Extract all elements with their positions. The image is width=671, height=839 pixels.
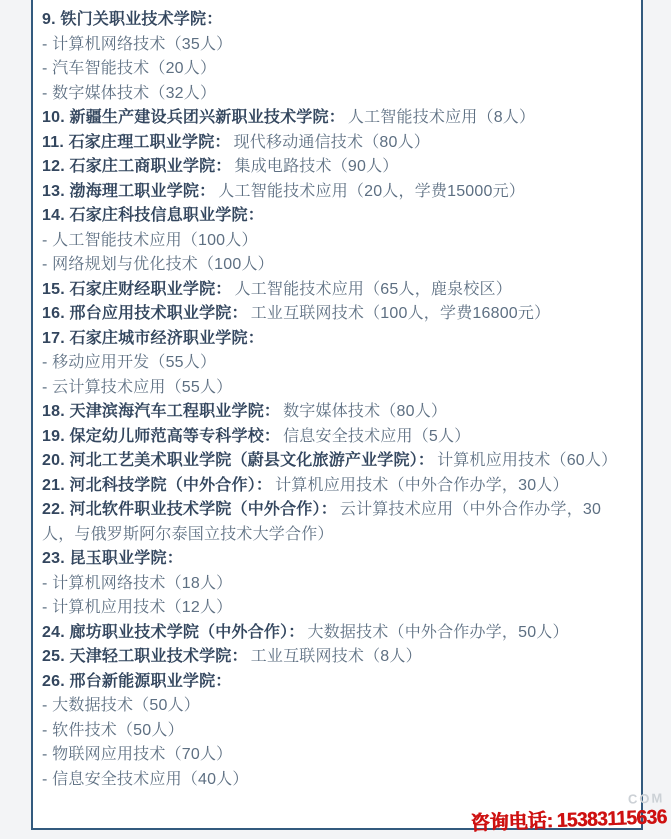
program-info: 计算机应用技术（60人） xyxy=(437,452,617,469)
college-name: 13. 渤海理工职业学院： xyxy=(42,183,215,200)
college-line: 20. 河北工艺美术职业学院（蔚县文化旅游产业学院）：计算机应用技术（60人） xyxy=(42,449,627,474)
program-line: - 移动应用开发（55人） xyxy=(42,351,627,376)
college-line: 18. 天津滨海汽车工程职业学院：数字媒体技术（80人） xyxy=(42,400,627,425)
program-info: 信息安全技术应用（5人） xyxy=(283,428,470,445)
phone-watermark-number: 15383115636 xyxy=(556,806,667,832)
program-info: - 信息安全技术应用（40人） xyxy=(42,771,249,788)
program-info: - 网络规划与优化技术（100人） xyxy=(42,256,274,273)
college-name: 14. 石家庄科技信息职业学院： xyxy=(42,207,264,224)
program-info: - 计算机网络技术（35人） xyxy=(42,36,232,53)
program-line: - 云计算技术应用（55人） xyxy=(42,376,627,401)
college-line: 16. 邢台应用技术职业学院：工业互联网技术（100人，学费16800元） xyxy=(42,302,627,327)
program-info: 计算机应用技术（中外合作办学，30人） xyxy=(275,477,569,494)
college-line: 10. 新疆生产建设兵团兴新职业技术学院：人工智能技术应用（8人） xyxy=(42,106,627,131)
program-info: - 数字媒体技术（32人） xyxy=(42,85,216,102)
college-name: 19. 保定幼儿师范高等专科学校： xyxy=(42,428,280,445)
program-line: - 网络规划与优化技术（100人） xyxy=(42,253,627,278)
program-line: - 人工智能技术应用（100人） xyxy=(42,229,627,254)
college-line: 21. 河北科技学院（中外合作）：计算机应用技术（中外合作办学，30人） xyxy=(42,474,627,499)
program-line: - 物联网应用技术（70人） xyxy=(42,743,627,768)
college-name: 20. 河北工艺美术职业学院（蔚县文化旅游产业学院）： xyxy=(42,452,434,469)
college-line: 17. 石家庄城市经济职业学院： xyxy=(42,327,627,352)
program-info: 人工智能技术应用（20人，学费15000元） xyxy=(218,183,525,200)
college-name: 21. 河北科技学院（中外合作）： xyxy=(42,477,272,494)
phone-watermark: 咨询电话:15383115636 xyxy=(470,800,667,836)
program-info: 工业互联网技术（100人，学费16800元） xyxy=(251,305,551,322)
college-line: 9. 铁门关职业技术学院： xyxy=(42,8,627,33)
program-line: - 计算机应用技术（12人） xyxy=(42,596,627,621)
college-name: 17. 石家庄城市经济职业学院： xyxy=(42,330,264,347)
college-name: 23. 昆玉职业学院： xyxy=(42,550,183,567)
college-name: 16. 邢台应用技术职业学院： xyxy=(42,305,248,322)
college-list: 9. 铁门关职业技术学院：- 计算机网络技术（35人）- 汽车智能技术（20人）… xyxy=(33,0,641,792)
page-background: 9. 铁门关职业技术学院：- 计算机网络技术（35人）- 汽车智能技术（20人）… xyxy=(0,0,671,839)
program-line: - 大数据技术（50人） xyxy=(42,694,627,719)
college-name: 22. 河北软件职业技术学院（中外合作）： xyxy=(42,501,337,518)
program-info: - 软件技术（50人） xyxy=(42,722,184,739)
program-info: 数字媒体技术（80人） xyxy=(283,403,447,420)
phone-watermark-label: 咨询电话: xyxy=(470,810,553,835)
program-info: 集成电路技术（90人） xyxy=(235,158,399,175)
college-line: 19. 保定幼儿师范高等专科学校：信息安全技术应用（5人） xyxy=(42,425,627,450)
program-info: 现代移动通信技术（80人） xyxy=(234,134,430,151)
content-card: 9. 铁门关职业技术学院：- 计算机网络技术（35人）- 汽车智能技术（20人）… xyxy=(31,0,643,830)
program-info: 工业互联网技术（8人） xyxy=(251,648,422,665)
program-line: - 汽车智能技术（20人） xyxy=(42,57,627,82)
college-name: 24. 廊坊职业技术学院（中外合作）： xyxy=(42,624,305,641)
college-line: 24. 廊坊职业技术学院（中外合作）：大数据技术（中外合作办学，50人） xyxy=(42,621,627,646)
program-info: - 移动应用开发（55人） xyxy=(42,354,216,371)
program-info: - 人工智能技术应用（100人） xyxy=(42,232,258,249)
program-info-continued: 人，与俄罗斯阿尔泰国立技术大学合作） xyxy=(42,526,334,543)
college-line: 26. 邢台新能源职业学院： xyxy=(42,670,627,695)
program-line: - 软件技术（50人） xyxy=(42,719,627,744)
college-line: 12. 石家庄工商职业学院：集成电路技术（90人） xyxy=(42,155,627,180)
college-line: 25. 天津轻工职业技术学院：工业互联网技术（8人） xyxy=(42,645,627,670)
program-line: - 计算机网络技术（18人） xyxy=(42,572,627,597)
program-info: - 计算机应用技术（12人） xyxy=(42,599,232,616)
program-info: 人工智能技术应用（8人） xyxy=(348,109,535,126)
college-line: 22. 河北软件职业技术学院（中外合作）：云计算技术应用（中外合作办学，30人，… xyxy=(42,498,627,547)
program-info: 云计算技术应用（中外合作办学，30 xyxy=(340,501,601,518)
program-info: - 云计算技术应用（55人） xyxy=(42,379,232,396)
college-line: 14. 石家庄科技信息职业学院： xyxy=(42,204,627,229)
program-info: 人工智能技术应用（65人，鹿泉校区） xyxy=(235,281,512,298)
program-info: - 计算机网络技术（18人） xyxy=(42,575,232,592)
program-line: - 信息安全技术应用（40人） xyxy=(42,768,627,793)
college-name: 26. 邢台新能源职业学院： xyxy=(42,673,232,690)
program-info: 大数据技术（中外合作办学，50人） xyxy=(308,624,569,641)
program-line: - 计算机网络技术（35人） xyxy=(42,33,627,58)
college-name: 11. 石家庄理工职业学院： xyxy=(42,134,231,151)
college-line: 11. 石家庄理工职业学院：现代移动通信技术（80人） xyxy=(42,131,627,156)
college-name: 12. 石家庄工商职业学院： xyxy=(42,158,232,175)
college-name: 10. 新疆生产建设兵团兴新职业技术学院： xyxy=(42,109,345,126)
college-name: 9. 铁门关职业技术学院： xyxy=(42,11,222,28)
college-line: 15. 石家庄财经职业学院：人工智能技术应用（65人，鹿泉校区） xyxy=(42,278,627,303)
college-name: 25. 天津轻工职业技术学院： xyxy=(42,648,248,665)
program-info: - 汽车智能技术（20人） xyxy=(42,60,216,77)
college-line: 23. 昆玉职业学院： xyxy=(42,547,627,572)
college-name: 18. 天津滨海汽车工程职业学院： xyxy=(42,403,280,420)
college-line: 13. 渤海理工职业学院：人工智能技术应用（20人，学费15000元） xyxy=(42,180,627,205)
college-name: 15. 石家庄财经职业学院： xyxy=(42,281,232,298)
program-line: - 数字媒体技术（32人） xyxy=(42,82,627,107)
program-info: - 大数据技术（50人） xyxy=(42,697,200,714)
program-info: - 物联网应用技术（70人） xyxy=(42,746,232,763)
